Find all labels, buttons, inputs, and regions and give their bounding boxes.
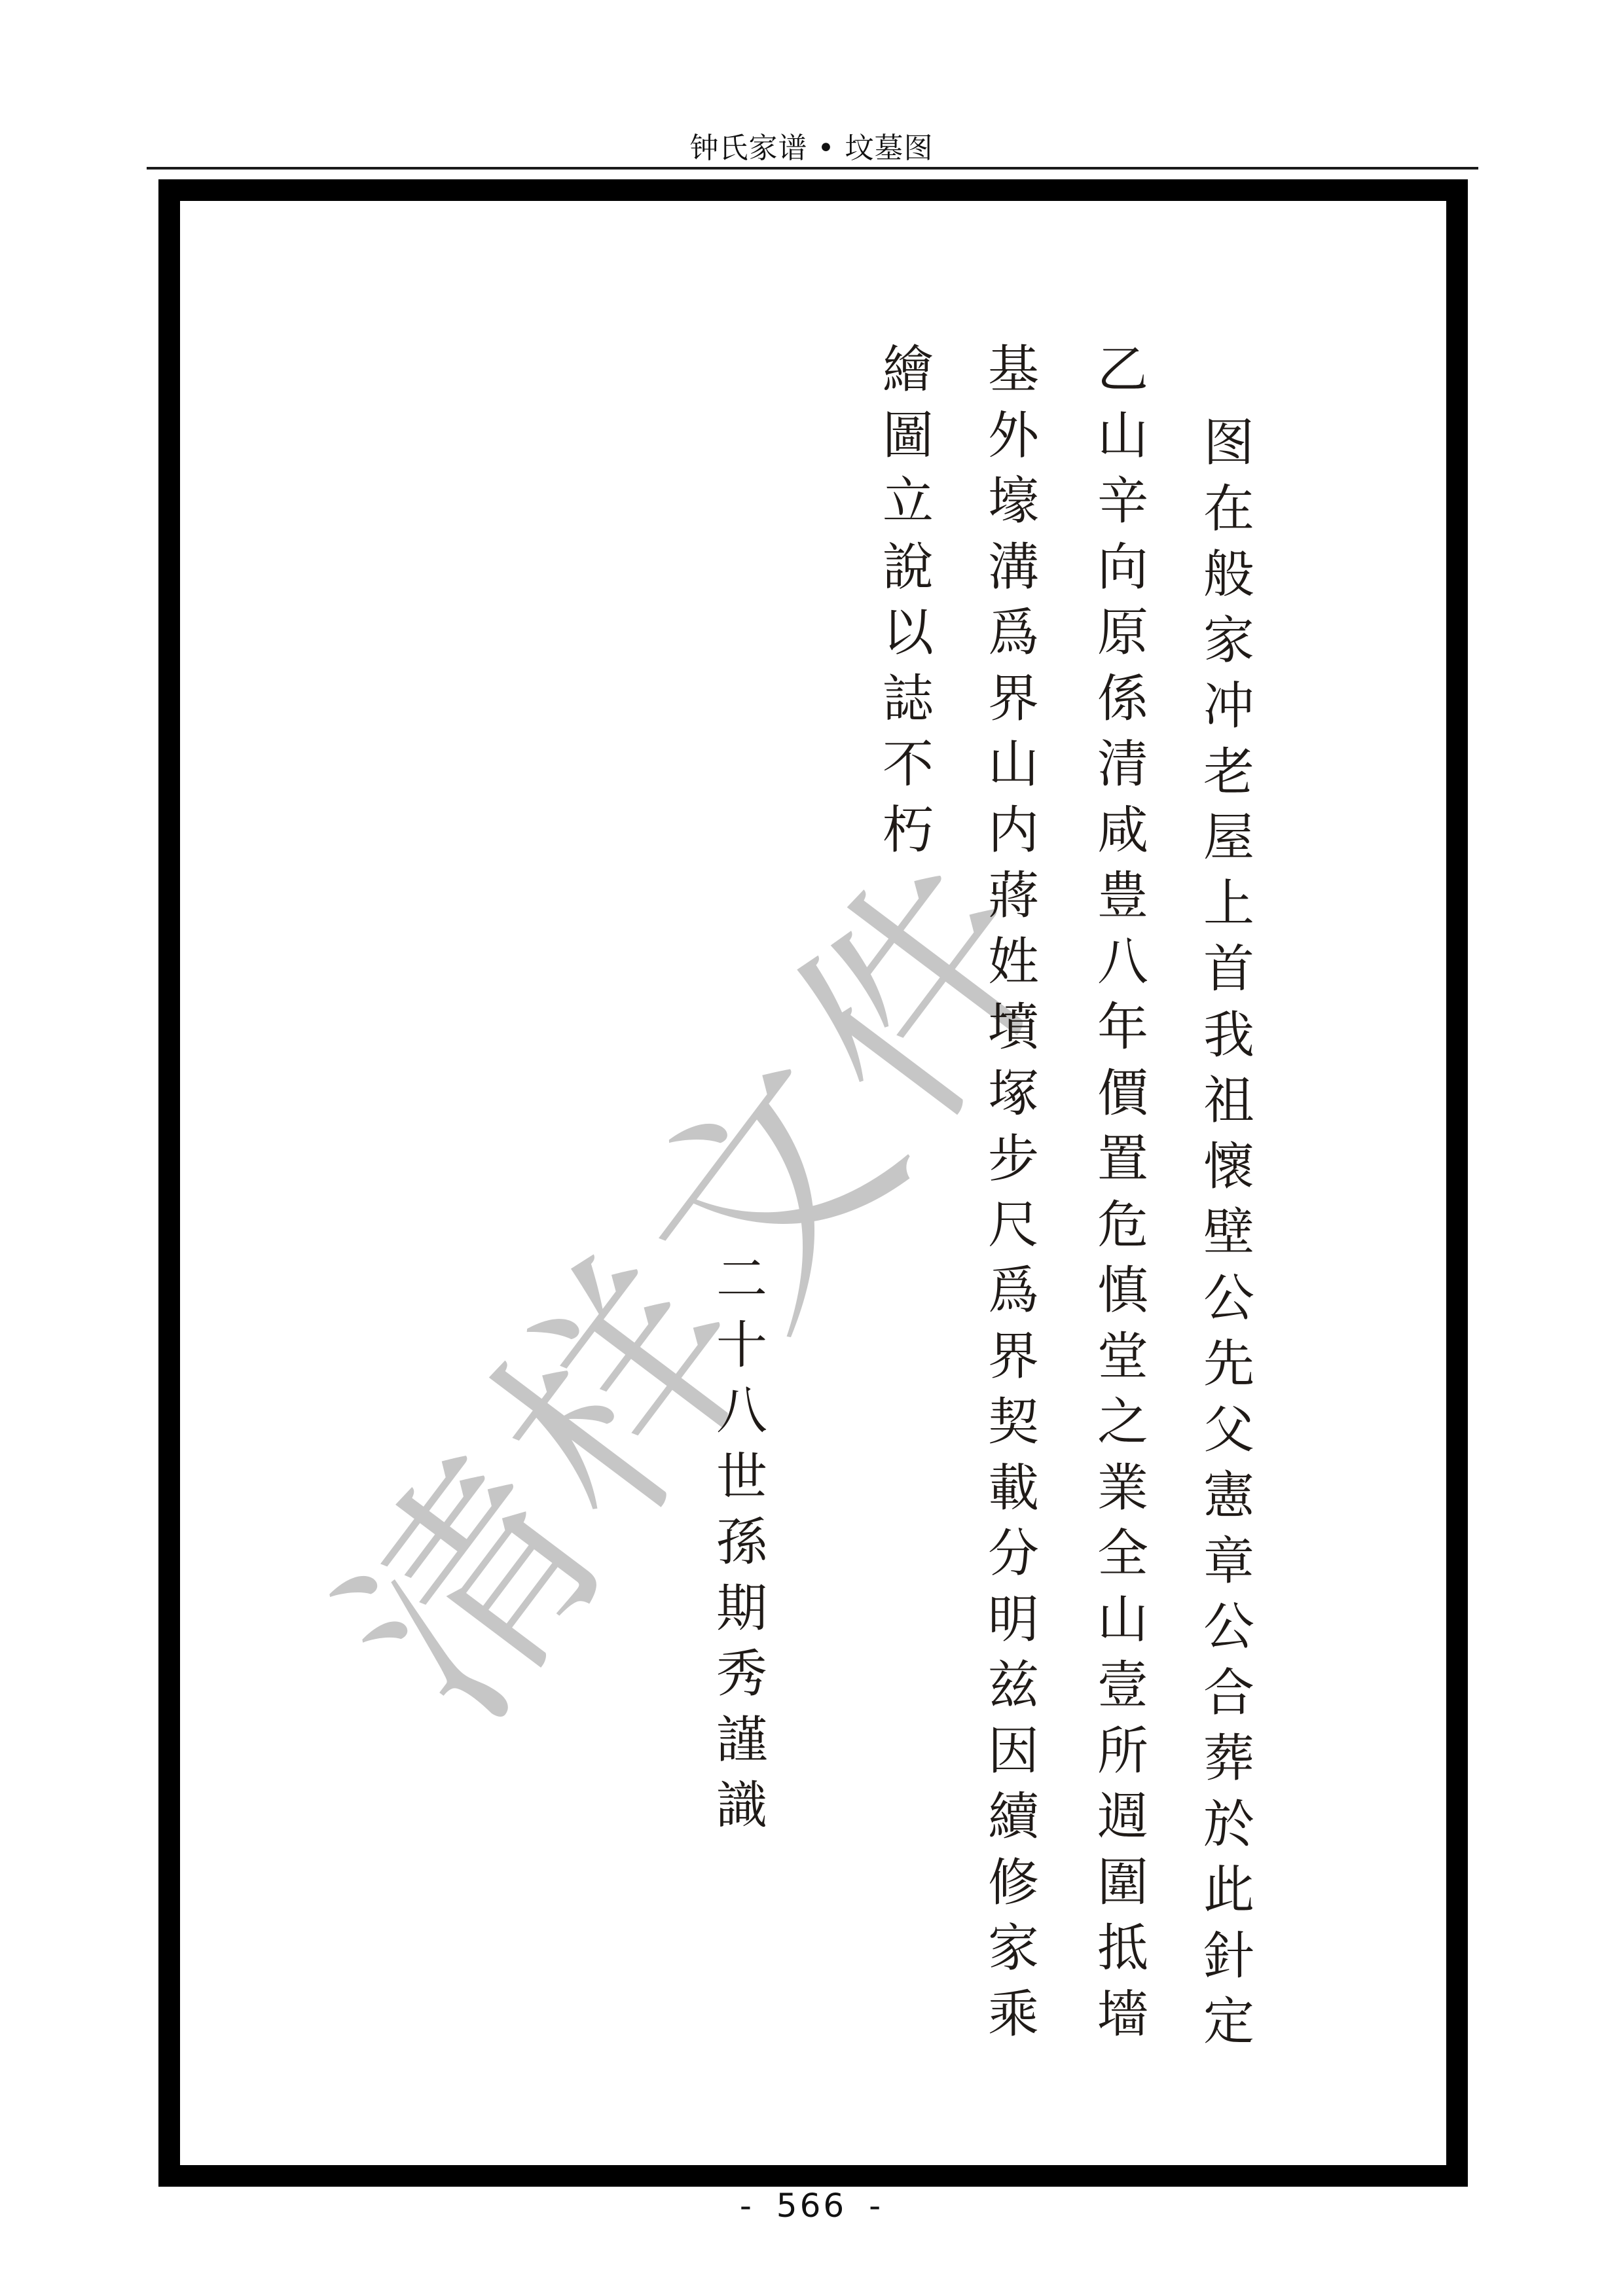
text-char: 辛 xyxy=(1090,469,1156,535)
text-char: 孫 xyxy=(709,1510,775,1576)
text-char: 祖 xyxy=(1196,1068,1262,1134)
text-char: 以 xyxy=(875,600,941,666)
text-char: 朽 xyxy=(875,798,941,864)
text-column-3: 基外壕溝爲界山内蔣姓墳塚步尺爲界契載分明兹因續修家乘 xyxy=(981,337,1046,2047)
text-char: 八 xyxy=(1090,929,1156,996)
text-char: 公 xyxy=(1196,1594,1262,1660)
text-char: 在 xyxy=(1196,476,1262,543)
text-char: 續 xyxy=(981,1784,1046,1850)
text-char: 爲 xyxy=(981,600,1046,666)
signature-column: 二十八世孫期秀謹識 xyxy=(709,1247,775,1839)
text-char: 不 xyxy=(875,732,941,798)
text-char: 之 xyxy=(1090,1390,1156,1456)
text-char: 針 xyxy=(1196,1924,1262,1990)
text-char: 秀 xyxy=(709,1641,775,1708)
text-char: 立 xyxy=(875,469,941,535)
text-char: 契 xyxy=(981,1390,1046,1456)
text-char: 繪 xyxy=(875,337,941,403)
text-char: 因 xyxy=(981,1719,1046,1785)
text-char: 清 xyxy=(1090,732,1156,798)
text-char: 般 xyxy=(1196,542,1262,608)
text-char: 所 xyxy=(1090,1719,1156,1785)
text-char: 全 xyxy=(1090,1521,1156,1587)
text-char: 首 xyxy=(1196,937,1262,1003)
page-frame xyxy=(158,179,1468,2187)
text-char: 誌 xyxy=(875,666,941,732)
text-char: 父 xyxy=(1196,1397,1262,1463)
text-char: 咸 xyxy=(1090,798,1156,864)
text-char: 兹 xyxy=(981,1653,1046,1719)
text-char: 冲 xyxy=(1196,673,1262,740)
text-char: 於 xyxy=(1196,1792,1262,1858)
text-char: 尺 xyxy=(981,1193,1046,1259)
text-char: 憲 xyxy=(1196,1463,1262,1529)
text-char: 墳 xyxy=(981,995,1046,1061)
running-header-title: 钟氏家谱 • 坟墓图 xyxy=(0,130,1623,168)
header-rule xyxy=(147,167,1478,170)
text-char: 抵 xyxy=(1090,1916,1156,1982)
text-char: 家 xyxy=(981,1916,1046,1982)
text-char: 八 xyxy=(709,1378,775,1444)
text-char: 爲 xyxy=(981,1258,1046,1324)
text-column-2: 乙山辛向原係清咸豊八年價置危慎堂之業全山壹所週圍抵墻 xyxy=(1090,337,1156,2047)
text-char: 我 xyxy=(1196,1003,1262,1069)
text-char: 壁 xyxy=(1196,1200,1262,1266)
text-char: 乙 xyxy=(1090,337,1156,403)
text-column-4: 繪圖立說以誌不朽 xyxy=(875,337,941,863)
text-char: 步 xyxy=(981,1126,1046,1193)
text-char: 向 xyxy=(1090,535,1156,601)
text-char: 界 xyxy=(981,1324,1046,1390)
text-column-1: 图在般家冲老屋上首我祖懷壁公先父憲章公合葬於此針定 xyxy=(1196,410,1262,2055)
text-char: 分 xyxy=(981,1521,1046,1587)
text-char: 图 xyxy=(1196,410,1262,476)
text-char: 山 xyxy=(1090,403,1156,469)
text-char: 章 xyxy=(1196,1529,1262,1595)
text-char: 合 xyxy=(1196,1660,1262,1727)
text-char: 界 xyxy=(981,666,1046,732)
text-char: 先 xyxy=(1196,1331,1262,1397)
text-char: 壹 xyxy=(1090,1653,1156,1719)
text-char: 基 xyxy=(981,337,1046,403)
text-char: 世 xyxy=(709,1444,775,1511)
text-char: 此 xyxy=(1196,1857,1262,1924)
text-char: 原 xyxy=(1090,600,1156,666)
text-char: 二 xyxy=(709,1247,775,1313)
text-char: 期 xyxy=(709,1576,775,1642)
text-char: 圖 xyxy=(875,403,941,469)
text-char: 壕 xyxy=(981,469,1046,535)
page-number: - 566 - xyxy=(0,2186,1623,2225)
text-char: 十 xyxy=(709,1313,775,1379)
text-char: 豊 xyxy=(1090,863,1156,929)
text-char: 修 xyxy=(981,1850,1046,1916)
text-char: 識 xyxy=(709,1773,775,1839)
text-char: 懷 xyxy=(1196,1134,1262,1200)
text-char: 危 xyxy=(1090,1193,1156,1259)
text-char: 墻 xyxy=(1090,1982,1156,2048)
text-char: 置 xyxy=(1090,1126,1156,1193)
text-char: 老 xyxy=(1196,740,1262,806)
text-char: 明 xyxy=(981,1587,1046,1653)
text-char: 堂 xyxy=(1090,1324,1156,1390)
text-char: 家 xyxy=(1196,608,1262,674)
text-char: 外 xyxy=(981,403,1046,469)
text-char: 葬 xyxy=(1196,1726,1262,1792)
text-char: 圍 xyxy=(1090,1850,1156,1916)
text-char: 姓 xyxy=(981,929,1046,996)
text-char: 週 xyxy=(1090,1784,1156,1850)
text-char: 乘 xyxy=(981,1982,1046,2048)
text-char: 年 xyxy=(1090,995,1156,1061)
text-char: 業 xyxy=(1090,1456,1156,1522)
text-char: 塚 xyxy=(981,1061,1046,1127)
text-char: 蔣 xyxy=(981,863,1046,929)
text-char: 係 xyxy=(1090,666,1156,732)
text-char: 公 xyxy=(1196,1266,1262,1332)
text-char: 屋 xyxy=(1196,805,1262,871)
text-char: 載 xyxy=(981,1456,1046,1522)
text-char: 内 xyxy=(981,798,1046,864)
text-char: 山 xyxy=(1090,1587,1156,1653)
text-char: 說 xyxy=(875,535,941,601)
text-char: 山 xyxy=(981,732,1046,798)
text-char: 謹 xyxy=(709,1708,775,1774)
text-char: 定 xyxy=(1196,1989,1262,2055)
text-char: 慎 xyxy=(1090,1258,1156,1324)
text-char: 價 xyxy=(1090,1061,1156,1127)
text-char: 上 xyxy=(1196,871,1262,937)
text-char: 溝 xyxy=(981,535,1046,601)
